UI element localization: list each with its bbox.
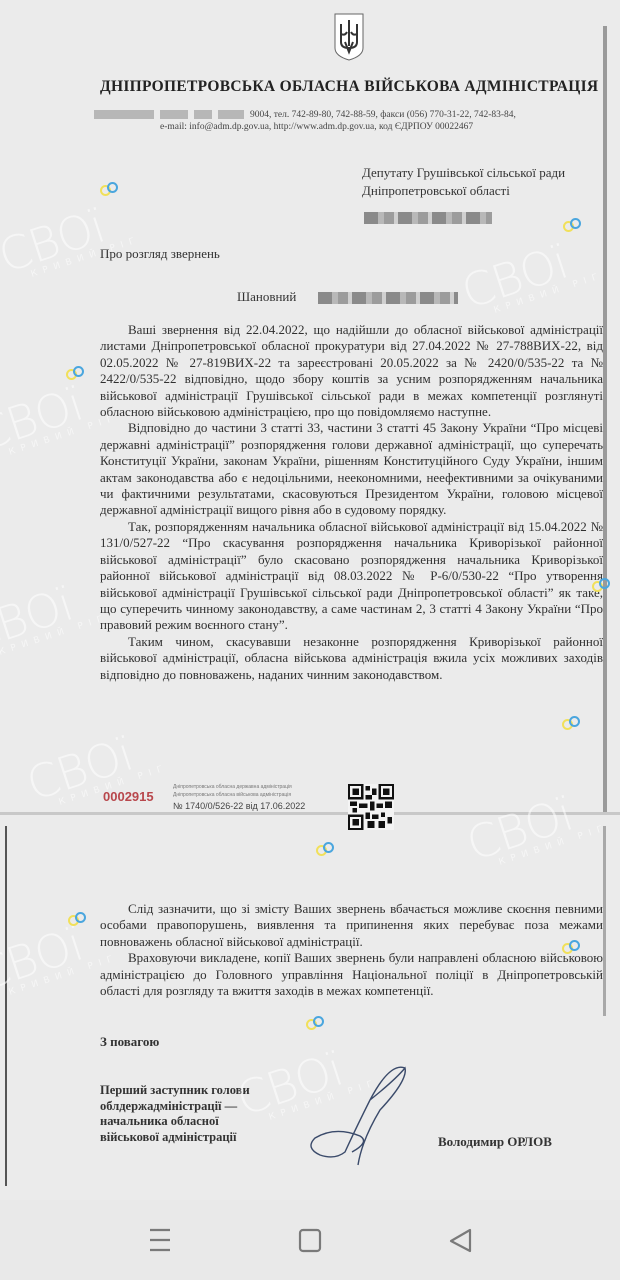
watermark-tagline: КРИВИЙ РІГ bbox=[0, 613, 110, 658]
paragraph: Так, розпорядженням начальника обласної … bbox=[100, 519, 603, 634]
redacted-block bbox=[194, 110, 212, 119]
watermark-brand: СВОї bbox=[455, 235, 574, 319]
watermark-brand: СВОї bbox=[460, 787, 579, 871]
watermark-brand: СВОї bbox=[0, 917, 89, 1001]
trident-emblem-icon bbox=[332, 12, 366, 62]
watermark-dots-icon bbox=[66, 366, 82, 376]
back-button[interactable] bbox=[440, 1220, 480, 1260]
closing: З повагою bbox=[100, 1034, 159, 1050]
signer-title: Перший заступник голови облдержадміністр… bbox=[100, 1083, 250, 1145]
watermark-dots-icon bbox=[562, 940, 578, 950]
home-button[interactable] bbox=[290, 1220, 330, 1260]
paragraph: Таким чином, скасувавши незаконне розпор… bbox=[100, 634, 603, 683]
page-edge-right bbox=[603, 26, 607, 812]
redacted-block bbox=[94, 110, 154, 119]
recipient-block: Депутату Грушівської сільської ради Дніп… bbox=[362, 164, 565, 200]
paragraph: Враховуючи викладене, копії Ваших зверне… bbox=[100, 950, 603, 999]
salutation-text: Шановний bbox=[237, 289, 296, 304]
watermark-dots-icon bbox=[306, 1016, 322, 1026]
signer-name: Володимир ОРЛОВ bbox=[438, 1134, 552, 1150]
watermark-tagline: КРИВИЙ РІГ bbox=[498, 823, 610, 868]
redacted-addressee-name bbox=[318, 292, 458, 304]
signer-title-line: начальника обласної bbox=[100, 1114, 250, 1130]
watermark-dots-icon bbox=[316, 842, 332, 852]
watermark: СВОїКРИВИЙ РІГ bbox=[0, 567, 110, 665]
watermark-brand: СВОї bbox=[0, 577, 79, 661]
letter-body-page1: Ваші звернення від 22.04.2022, що надійш… bbox=[100, 322, 603, 683]
watermark-dots-icon bbox=[592, 578, 608, 588]
qr-code-icon bbox=[348, 784, 394, 830]
redacted-recipient-name bbox=[364, 212, 492, 224]
redacted-block bbox=[218, 110, 244, 119]
address-line-2: e-mail: info@adm.dp.gov.ua, http://www.a… bbox=[160, 122, 473, 132]
address-text: 9004, тел. 742-89-80, 742-88-59, факси (… bbox=[250, 110, 516, 120]
watermark-brand: СВОї bbox=[0, 199, 111, 283]
watermark-dots-icon bbox=[100, 182, 116, 192]
stamp-line: Дніпропетровська обласна державна адміні… bbox=[173, 783, 292, 791]
watermark-dots-icon bbox=[563, 218, 579, 228]
watermark: СВОїКРИВИЙ РІГ bbox=[460, 777, 610, 875]
handwritten-signature bbox=[300, 1060, 420, 1170]
page-break-divider bbox=[0, 812, 620, 815]
paragraph: Слід зазначити, що зі змісту Ваших зверн… bbox=[100, 901, 603, 950]
recipient-line: Дніпропетровської області bbox=[362, 182, 565, 200]
redacted-block bbox=[160, 110, 188, 119]
letter-body-page2: Слід зазначити, що зі змісту Ваших зверн… bbox=[100, 901, 603, 999]
paragraph: Відповідно до частини 3 статті 33, части… bbox=[100, 420, 603, 518]
stamp-org-lines: Дніпропетровська обласна державна адміні… bbox=[173, 783, 292, 799]
triangle-back-icon bbox=[440, 1220, 480, 1260]
stamp-registration: № 1740/0/526-22 від 17.06.2022 bbox=[173, 801, 305, 811]
menu-lines-icon bbox=[140, 1220, 180, 1260]
page-edge-right-2 bbox=[603, 826, 606, 1016]
address-line-1: 9004, тел. 742-89-80, 742-88-59, факси (… bbox=[94, 110, 516, 120]
recents-button[interactable] bbox=[140, 1220, 180, 1260]
watermark: СВОїКРИВИЙ РІГ bbox=[0, 189, 142, 287]
watermark-tagline: КРИВИЙ РІГ bbox=[493, 271, 605, 316]
watermark-dots-icon bbox=[562, 716, 578, 726]
stamp-number: 0002915 bbox=[103, 789, 154, 804]
watermark-brand: СВОї bbox=[0, 377, 89, 461]
page-edge-left bbox=[5, 826, 7, 1186]
letter-subject: Про розгляд звернень bbox=[100, 246, 220, 262]
signer-title-line: облдержадміністрації — bbox=[100, 1099, 250, 1115]
salutation: Шановний bbox=[237, 289, 296, 305]
square-home-icon bbox=[290, 1220, 330, 1260]
stamp-line: Дніпропетровська обласна військова адмін… bbox=[173, 791, 292, 799]
paragraph: Ваші звернення від 22.04.2022, що надійш… bbox=[100, 322, 603, 420]
signer-title-line: військової адміністрації bbox=[100, 1130, 250, 1146]
watermark: СВОїКРИВИЙ РІГ bbox=[455, 225, 605, 323]
signer-title-line: Перший заступник голови bbox=[100, 1083, 250, 1099]
system-navigation-bar bbox=[0, 1200, 620, 1280]
document-viewer: ДНІПРОПЕТРОВСЬКА ОБЛАСНА ВІЙСЬКОВА АДМІН… bbox=[0, 0, 620, 1280]
recipient-line: Депутату Грушівської сільської ради bbox=[362, 164, 565, 182]
watermark-dots-icon bbox=[68, 912, 84, 922]
organization-title: ДНІПРОПЕТРОВСЬКА ОБЛАСНА ВІЙСЬКОВА АДМІН… bbox=[100, 78, 600, 96]
